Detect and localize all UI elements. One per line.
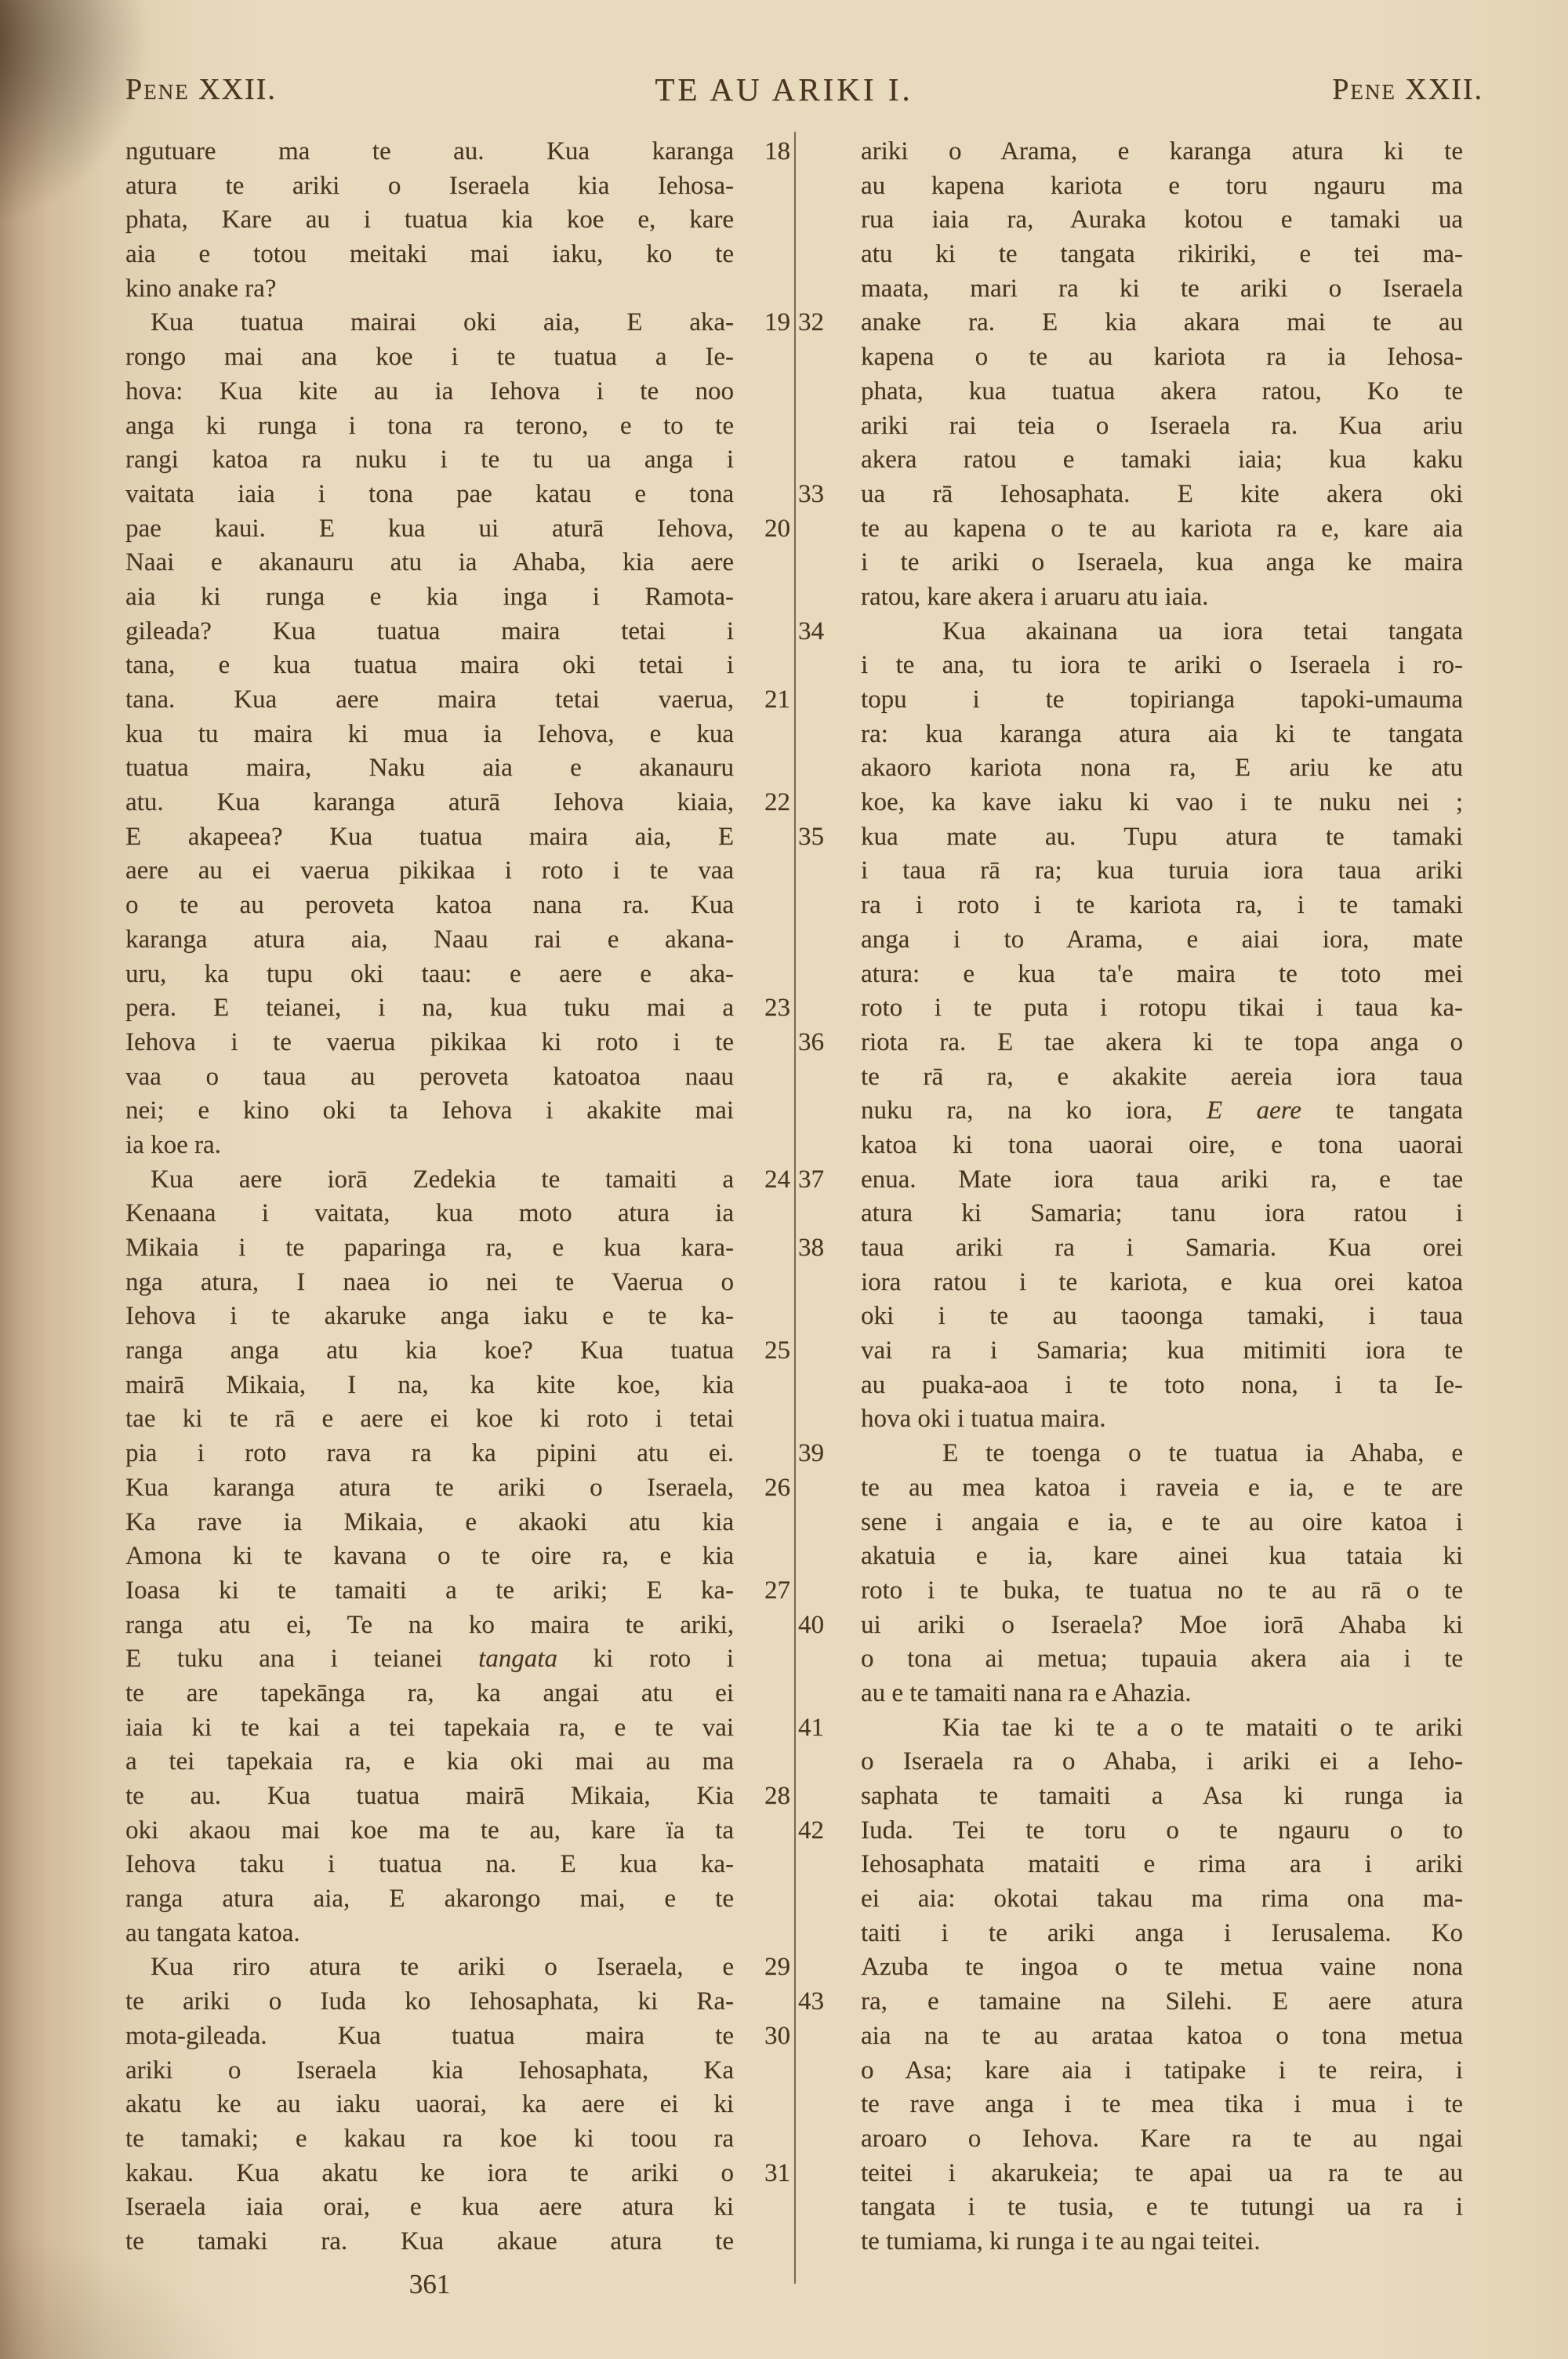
text-line: Kua tuatua mairai oki aia, E aka-19: [125, 306, 734, 340]
text-line: pae kaui. E kua ui aturā Iehova,20: [125, 512, 734, 547]
text-line: phata, Kare au i tuatua kia koe e, kare: [125, 203, 734, 238]
text-line: Iehosaphata mataiti e rima ara i ariki: [861, 1848, 1463, 1882]
text-line: ua rā Iehosaphata. E kite akera oki33: [861, 478, 1463, 512]
text-line: vaitata iaia i tona pae katau e tona: [125, 478, 734, 512]
text-line: rongo mai ana koe i te tuatua a Ie-: [125, 340, 734, 375]
verse-number: 38: [798, 1231, 855, 1266]
text-line: taua ariki ra i Samaria. Kua orei38: [861, 1231, 1463, 1266]
text-line: tuatua maira, Naku aia e akanauru: [125, 751, 734, 786]
text-line: te au kapena o te au kariota ra e, kare …: [861, 512, 1463, 547]
verse-number: 20: [739, 512, 790, 547]
text-line: hova oki i tuatua maira.: [861, 1402, 1463, 1437]
text-line: te rave anga i te mea tika i mua i te: [861, 2088, 1463, 2122]
verse-number: 43: [798, 1985, 855, 2019]
verse-number: 30: [739, 2019, 790, 2054]
verse-number: 24: [739, 1163, 790, 1198]
text-line: kua tu maira ki mua ia Iehova, e kua: [125, 718, 734, 752]
text-column-right: ariki o Arama, e karanga atura ki teau k…: [861, 135, 1463, 2259]
text-line: ranga atura aia, E akarongo mai, e te: [125, 1882, 734, 1917]
text-line: tana. Kua aere maira tetai vaerua,21: [125, 683, 734, 718]
text-line: Mikaia i te paparinga ra, e kua kara-: [125, 1231, 734, 1266]
text-line: te rā ra, e akakite aereia iora taua: [861, 1060, 1463, 1095]
text-line: ranga anga atu kia koe? Kua tuatua25: [125, 1334, 734, 1369]
text-line: pia i roto rava ra ka pipini atu ei.: [125, 1437, 734, 1471]
text-line: Kenaana i vaitata, kua moto atura ia: [125, 1197, 734, 1231]
text-line: koe, ka kave iaku ki vao i te nuku nei ;: [861, 786, 1463, 820]
text-column-left: ngutuare ma te au. Kua karanga18atura te…: [125, 135, 734, 2259]
verse-number: 36: [798, 1026, 855, 1060]
verse-number: 33: [798, 478, 855, 512]
text-line: sene i angaia e ia, e te au oire katoa i: [861, 1506, 1463, 1540]
text-line: te tamaki; e kakau ra koe ki toou ra: [125, 2122, 734, 2157]
verse-number: 28: [739, 1779, 790, 1814]
text-line: ra: kua karanga atura aia ki te tangata: [861, 718, 1463, 752]
text-line: roto i te puta i rotopu tikai i taua ka-: [861, 991, 1463, 1026]
text-line: akera ratou e tamaki iaia; kua kaku: [861, 443, 1463, 478]
text-line: ranga atu ei, Te na ko maira te ariki,: [125, 1608, 734, 1643]
text-line: ariki o Arama, e karanga atura ki te: [861, 135, 1463, 169]
text-line: mairā Mikaia, I na, ka kite koe, kia: [125, 1369, 734, 1403]
text-line: uru, ka tupu oki taau: e aere e aka-: [125, 958, 734, 992]
text-line: gileada? Kua tuatua maira tetai i: [125, 615, 734, 649]
text-line: topu i te topirianga tapoki-umauma: [861, 683, 1463, 718]
text-line: nuku ra, na ko iora, E aere te tangata: [861, 1094, 1463, 1129]
text-line: kakau. Kua akatu ke iora te ariki o31: [125, 2157, 734, 2191]
text-line: te ariki o Iuda ko Iehosaphata, ki Ra-: [125, 1985, 734, 2019]
text-line: E te toenga o te tuatua ia Ahaba, e39: [861, 1437, 1463, 1471]
text-line: au puaka-aoa i te toto nona, i ta Ie-: [861, 1369, 1463, 1403]
text-line: Iseraela iaia orai, e kua aere atura ki: [125, 2190, 734, 2225]
text-line: teitei i akarukeia; te apai ua ra te au: [861, 2157, 1463, 2191]
text-line: Iehova i te akaruke anga iaku e te ka-: [125, 1299, 734, 1334]
text-line: roto i te buka, te tuatua no te au rā o …: [861, 1574, 1463, 1608]
verse-number: 35: [798, 820, 855, 855]
text-line: au kapena kariota e toru ngauru ma: [861, 169, 1463, 204]
text-line: aere au ei vaerua pikikaa i roto i te va…: [125, 854, 734, 889]
verse-number: 39: [798, 1437, 855, 1471]
text-line: akatu ke au iaku uaorai, ka aere ei ki: [125, 2088, 734, 2122]
text-line: akatuia e ia, kare ainei kua tataia ki: [861, 1539, 1463, 1574]
text-line: vaa o taua au peroveta katoatoa naau: [125, 1060, 734, 1095]
text-line: akaoro kariota nona ra, E ariu ke atu: [861, 751, 1463, 786]
text-line: ratou, kare akera i aruaru atu iaia.: [861, 580, 1463, 615]
text-line: oki akaou mai koe ma te au, kare ïa ta: [125, 1814, 734, 1848]
text-line: Ioasa ki te tamaiti a te ariki; E ka-27: [125, 1574, 734, 1608]
verse-number: 22: [739, 786, 790, 820]
text-line: Kia tae ki te a o te mataiti o te ariki4…: [861, 1711, 1463, 1746]
text-line: anga ki runga i tona ra terono, e to te: [125, 409, 734, 444]
text-line: au e te tamaiti nana ra e Ahazia.: [861, 1677, 1463, 1711]
text-line: iaia ki te kai a tei tapekaia ra, e te v…: [125, 1711, 734, 1746]
verse-number: 26: [739, 1471, 790, 1506]
text-line: aia e totou meitaki mai iaku, ko te: [125, 238, 734, 272]
text-line: ia koe ra.: [125, 1129, 734, 1163]
text-line: phata, kua tuatua akera ratou, Ko te: [861, 375, 1463, 409]
text-line: Amona ki te kavana o te oire ra, e kia: [125, 1539, 734, 1574]
text-line: i te ana, tu iora te ariki o Iseraela i …: [861, 649, 1463, 683]
text-line: anake ra. E kia akara mai te au32: [861, 306, 1463, 340]
text-line: a tei tapekaia ra, e kia oki mai au ma: [125, 1745, 734, 1779]
text-line: rangi katoa ra nuku i te tu ua anga i: [125, 443, 734, 478]
text-line: oki i te au taoonga tamaki, i taua: [861, 1299, 1463, 1334]
verse-number: 23: [739, 991, 790, 1026]
text-line: anga i to Arama, e aiai iora, mate: [861, 923, 1463, 958]
verse-number: 18: [739, 135, 790, 169]
text-line: o Asa; kare aia i tatipake i te reira, i: [861, 2054, 1463, 2088]
text-line: enua. Mate iora taua ariki ra, e tae37: [861, 1163, 1463, 1198]
text-line: ui ariki o Iseraela? Moe iorā Ahaba ki40: [861, 1608, 1463, 1643]
text-line: Naai e akanauru atu ia Ahaba, kia aere: [125, 546, 734, 580]
text-line: Kua riro atura te ariki o Iseraela, e29: [125, 1950, 734, 1985]
text-line: E akapeea? Kua tuatua maira aia, E: [125, 820, 734, 855]
verse-number: 42: [798, 1814, 855, 1848]
text-line: ra, e tamaine na Silehi. E aere atura43: [861, 1985, 1463, 2019]
text-line: i taua rā ra; kua turuia iora taua ariki: [861, 854, 1463, 889]
text-line: saphata te tamaiti a Asa ki runga ia: [861, 1779, 1463, 1814]
text-line: Azuba te ingoa o te metua vaine nona: [861, 1950, 1463, 1985]
verse-number: 34: [798, 615, 855, 649]
text-line: taiti i te ariki anga i Ierusalema. Ko: [861, 1917, 1463, 1951]
text-line: atura te ariki o Iseraela kia Iehosa-: [125, 169, 734, 204]
text-line: nei; e kino oki ta Iehova i akakite mai: [125, 1094, 734, 1129]
text-line: o te au peroveta katoa nana ra. Kua: [125, 889, 734, 923]
verse-number: 27: [739, 1574, 790, 1608]
text-line: tana, e kua tuatua maira oki tetai i: [125, 649, 734, 683]
text-line: pera. E teianei, i na, kua tuku mai a23: [125, 991, 734, 1026]
text-line: kino anake ra?: [125, 272, 734, 307]
text-line: atura ki Samaria; tanu iora ratou i: [861, 1197, 1463, 1231]
text-line: kua mate au. Tupu atura te tamaki35: [861, 820, 1463, 855]
verse-number: 19: [739, 306, 790, 340]
running-header-chapter-right: Pene XXII.: [1332, 69, 1483, 110]
text-line: aia ki runga e kia inga i Ramota-: [125, 580, 734, 615]
text-line: karanga atura aia, Naau rai e akana-: [125, 923, 734, 958]
text-line: Kua aere iorā Zedekia te tamaiti a24: [125, 1163, 734, 1198]
text-line: o Iseraela ra o Ahaba, i ariki ei a Ieho…: [861, 1745, 1463, 1779]
text-line: kapena o te au kariota ra ia Iehosa-: [861, 340, 1463, 375]
text-line: ngutuare ma te au. Kua karanga18: [125, 135, 734, 169]
text-line: Kua karanga atura te ariki o Iseraela,26: [125, 1471, 734, 1506]
text-line: te are tapekānga ra, ka angai atu ei: [125, 1677, 734, 1711]
text-line: ariki o Iseraela kia Iehosaphata, Ka: [125, 2054, 734, 2088]
text-line: au tangata katoa.: [125, 1917, 734, 1951]
page-number: 361: [125, 2269, 734, 2300]
text-line: aia na te au arataa katoa o tona metua: [861, 2019, 1463, 2054]
text-line: Iehova i te vaerua pikikaa ki roto i te: [125, 1026, 734, 1060]
text-line: Iehova taku i tuatua na. E kua ka-: [125, 1848, 734, 1882]
text-line: rua iaia ra, Auraka kotou e tamaki ua: [861, 203, 1463, 238]
text-line: maata, mari ra ki te ariki o Iseraela: [861, 272, 1463, 307]
text-line: Ka rave ia Mikaia, e akaoki atu kia: [125, 1506, 734, 1540]
text-line: o tona ai metua; tupauia akera aia i te: [861, 1642, 1463, 1677]
text-line: Iuda. Tei te toru o te ngauru o to42: [861, 1814, 1463, 1848]
text-line: vai ra i Samaria; kua mitimiti iora te: [861, 1334, 1463, 1369]
scanned-page: Pene XXII. TE AU ARIKI I. Pene XXII. ngu…: [0, 0, 1568, 2359]
text-line: riota ra. E tae akera ki te topa anga o3…: [861, 1026, 1463, 1060]
text-line: E tuku ana i teianei tangata ki roto i: [125, 1642, 734, 1677]
verse-number: 21: [739, 683, 790, 718]
verse-number: 29: [739, 1950, 790, 1985]
text-line: mota-gileada. Kua tuatua maira te30: [125, 2019, 734, 2054]
verse-number: 25: [739, 1334, 790, 1369]
verse-number: 32: [798, 306, 855, 340]
verse-number: 41: [798, 1711, 855, 1746]
text-line: ei aia: okotai takau ma rima ona ma-: [861, 1882, 1463, 1917]
text-line: te tamaki ra. Kua akaue atura te: [125, 2225, 734, 2259]
text-line: ariki rai teia o Iseraela ra. Kua ariu: [861, 409, 1463, 444]
text-line: hova: Kua kite au ia Iehova i te noo: [125, 375, 734, 409]
text-line: nga atura, I naea io nei te Vaerua o: [125, 1266, 734, 1300]
text-line: te au. Kua tuatua mairā Mikaia, Kia28: [125, 1779, 734, 1814]
text-line: te tumiama, ki runga i te au ngai teitei…: [861, 2225, 1463, 2259]
text-line: Kua akainana ua iora tetai tangata34: [861, 615, 1463, 649]
text-line: katoa ki tona uaorai oire, e tona uaorai: [861, 1129, 1463, 1163]
text-line: atu. Kua karanga aturā Iehova kiaia,22: [125, 786, 734, 820]
text-line: te au mea katoa i raveia e ia, e te are: [861, 1471, 1463, 1506]
verse-number: 31: [739, 2157, 790, 2191]
text-line: iora ratou i te kariota, e kua orei kato…: [861, 1266, 1463, 1300]
column-divider-rule: [794, 132, 796, 2284]
verse-number: 37: [798, 1163, 855, 1198]
text-line: tangata i te tusia, e te tutungi ua ra i: [861, 2190, 1463, 2225]
text-line: atura: e kua ta'e maira te toto mei: [861, 958, 1463, 992]
verse-number: 40: [798, 1608, 855, 1643]
text-line: aroaro o Iehova. Kare ra te au ngai: [861, 2122, 1463, 2157]
text-line: ra i roto i te kariota ra, i te tamaki: [861, 889, 1463, 923]
text-line: i te ariki o Iseraela, kua anga ke maira: [861, 546, 1463, 580]
running-header: Pene XXII. TE AU ARIKI I. Pene XXII.: [0, 69, 1568, 110]
text-line: atu ki te tangata rikiriki, e tei ma-: [861, 238, 1463, 272]
text-line: tae ki te rā e aere ei koe ki roto i tet…: [125, 1402, 734, 1437]
